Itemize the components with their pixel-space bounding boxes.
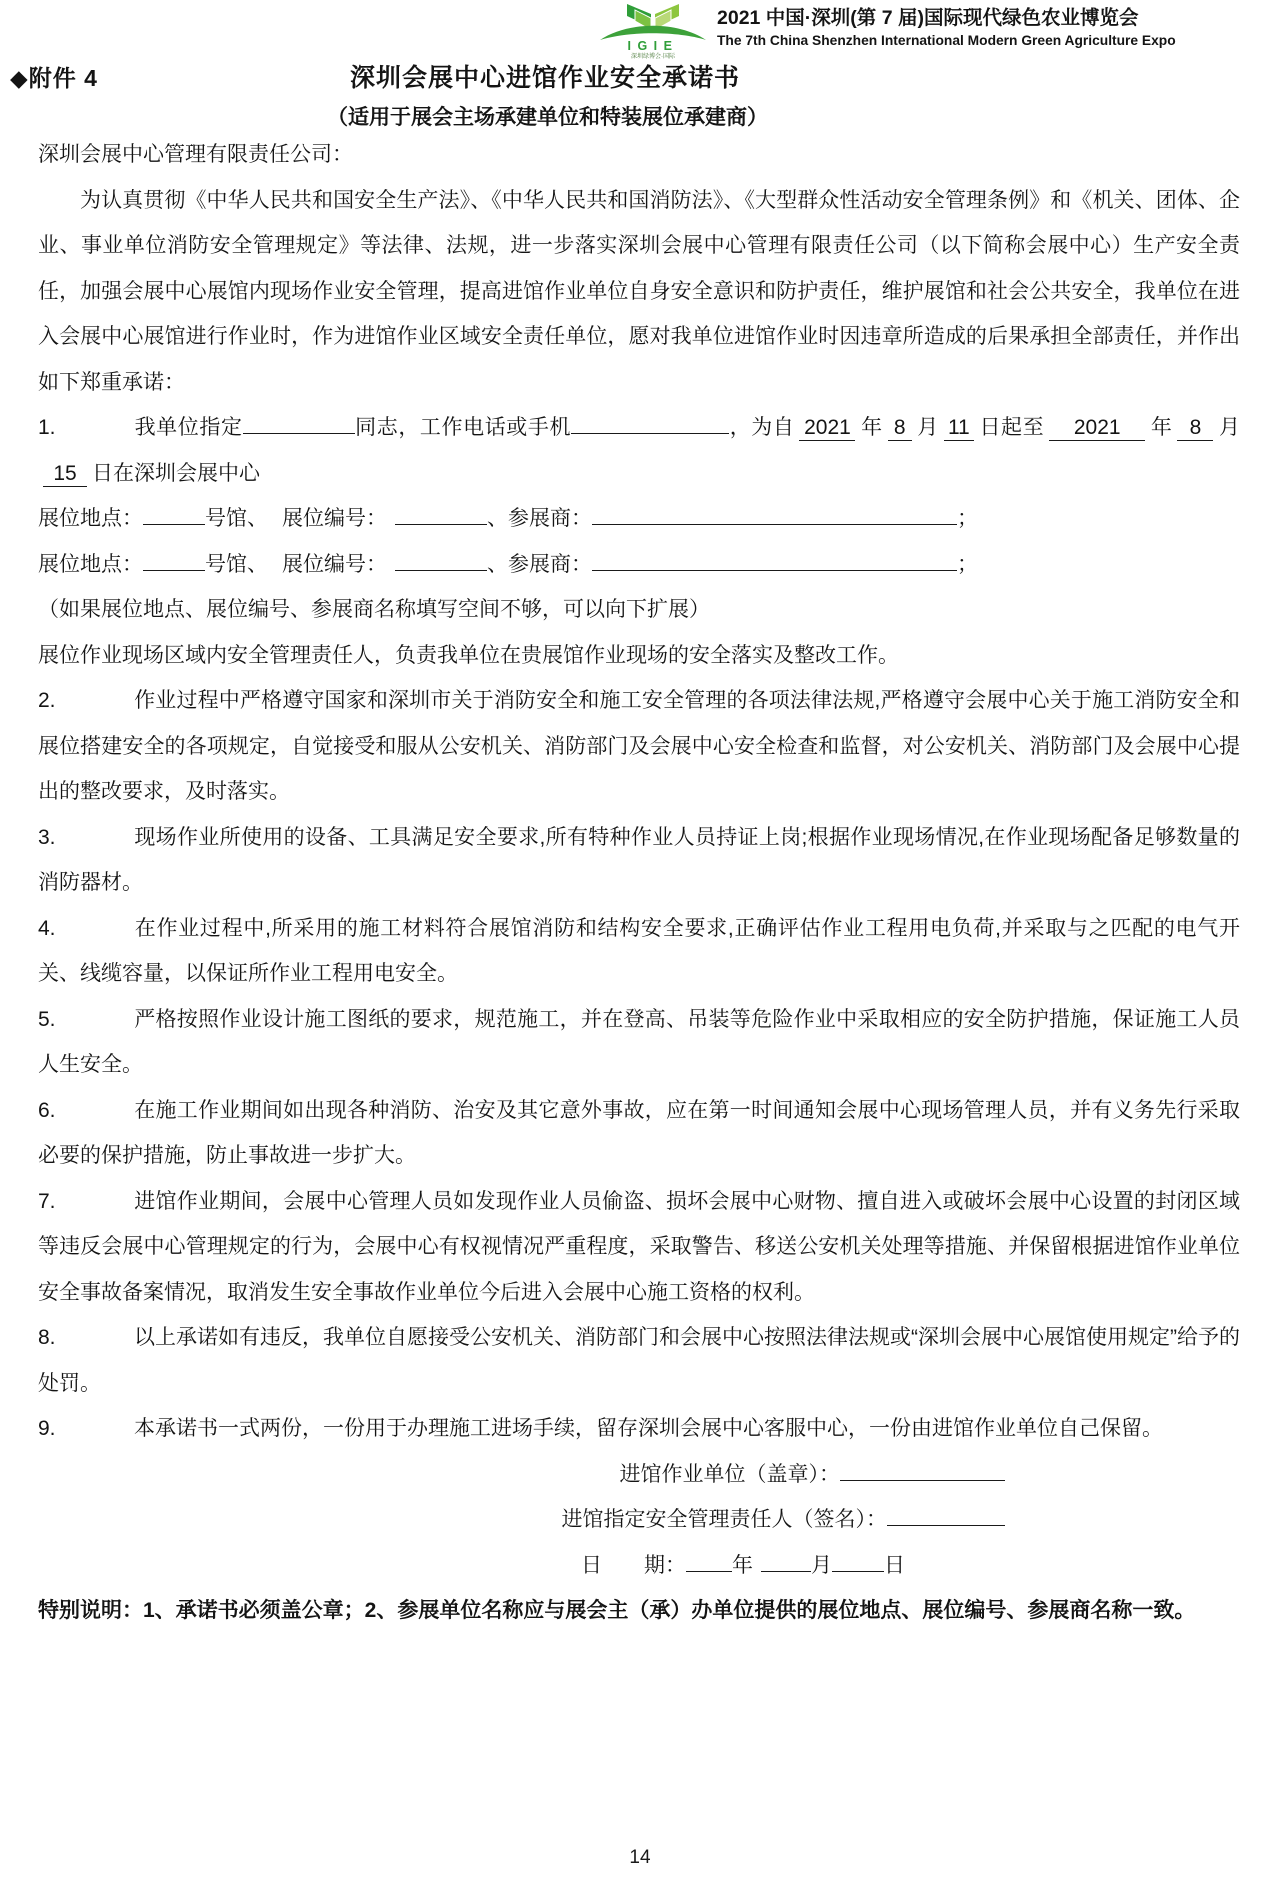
- booth-number-blank: [395, 566, 487, 571]
- until-label: 日起至: [979, 416, 1044, 439]
- item-number: 8.: [38, 1315, 134, 1361]
- exhibitor-name-blank: [592, 566, 957, 571]
- date-year-blank: [686, 1567, 732, 1572]
- commitment-item-2: 2.作业过程中严格遵守国家和深圳市关于消防安全和施工安全管理的各项法律法规,严格…: [38, 678, 1240, 815]
- hall-suffix: 号馆、: [205, 553, 268, 576]
- signature-date-line: 日 期：年月日: [38, 1543, 1240, 1589]
- document-page: IGIE 深圳绿博会·国际 2021 中国·深圳(第 7 届)国际现代绿色农业博…: [0, 0, 1280, 1901]
- booth-no-label: 展位编号：: [282, 507, 387, 530]
- hall-number-blank: [143, 520, 205, 525]
- item-text: 以上承诺如有违反，我单位自愿接受公安机关、消防部门和会展中心按照法律法规或“深圳…: [38, 1326, 1240, 1395]
- item-text: 在作业过程中,所采用的施工材料符合展馆消防和结构安全要求,正确评估作业工程用电负…: [38, 917, 1240, 986]
- date-month-suffix: 月: [811, 1554, 832, 1577]
- item1-tail-text: 日在深圳会展中心: [92, 462, 260, 485]
- designated-person-blank: [243, 429, 355, 434]
- commitment-item-3: 3.现场作业所使用的设备、工具满足安全要求,所有特种作业人员持证上岗;根据作业现…: [38, 815, 1240, 906]
- hall-number-blank: [143, 566, 205, 571]
- commitment-item-8: 8.以上承诺如有违反，我单位自愿接受公安机关、消防部门和会展中心按照法律法规或“…: [38, 1315, 1240, 1406]
- unit-seal-blank: [840, 1476, 1005, 1481]
- item1-lead: 我单位指定: [134, 416, 243, 439]
- year-char: 年: [1150, 416, 1172, 439]
- from-year-value: 2021: [799, 416, 855, 441]
- to-year-value: 2021: [1049, 416, 1145, 441]
- month-char: 月: [1218, 416, 1240, 439]
- item1-comrade: 同志，工作电话或手机: [355, 416, 572, 439]
- from-month-value: 8: [888, 416, 912, 441]
- year-char: 年: [860, 416, 882, 439]
- item-number: 5.: [38, 997, 134, 1043]
- expo-title-en: The 7th China Shenzhen International Mod…: [717, 31, 1176, 51]
- item-text: 现场作业所使用的设备、工具满足安全要求,所有特种作业人员持证上岗;根据作业现场情…: [38, 826, 1240, 895]
- signature-manager-label: 进馆指定安全管理责任人（签名）：: [562, 1508, 888, 1531]
- commitment-item-6: 6.在施工作业期间如出现各种消防、治安及其它意外事故，应在第一时间通知会展中心现…: [38, 1088, 1240, 1179]
- date-month-blank: [761, 1567, 811, 1572]
- date-year-suffix: 年: [732, 1554, 753, 1577]
- doc-subtitle: （适用于展会主场承建单位和特装展位承建商）: [0, 101, 1095, 131]
- item1-from-label: ，为自: [729, 416, 794, 439]
- page-header: IGIE 深圳绿博会·国际 2021 中国·深圳(第 7 届)国际现代绿色农业博…: [0, 0, 1280, 132]
- commitment-item-4: 4.在作业过程中,所采用的施工材料符合展馆消防和结构安全要求,正确评估作业工程用…: [38, 906, 1240, 997]
- from-day-value: 11: [944, 416, 974, 441]
- item-text: 进馆作业期间，会展中心管理人员如发现作业人员偷盗、损坏会展中心财物、擅自进入或破…: [38, 1190, 1240, 1304]
- commitment-item-7: 7.进馆作业期间，会展中心管理人员如发现作业人员偷盗、损坏会展中心财物、擅自进入…: [38, 1179, 1240, 1316]
- date-day-blank: [832, 1567, 884, 1572]
- booth-semicolon: ；: [957, 553, 978, 576]
- item-number: 2.: [38, 678, 134, 724]
- item-number: 4.: [38, 906, 134, 952]
- exhibitor-name-blank: [592, 520, 957, 525]
- document-body: 深圳会展中心管理有限责任公司： 为认真贯彻《中华人民共和国安全生产法》、《中华人…: [38, 132, 1240, 1634]
- commitment-item-5: 5.严格按照作业设计施工图纸的要求，规范施工，并在登高、吊装等危险作业中采取相应…: [38, 997, 1240, 1088]
- date-day-suffix: 日: [884, 1554, 905, 1577]
- phone-blank: [571, 429, 729, 434]
- booth-comma: 、: [487, 553, 508, 576]
- item-text: 本承诺书一式两份，一份用于办理施工进场手续，留存深圳会展中心客服中心，一份由进馆…: [134, 1417, 1163, 1440]
- signature-unit-label: 进馆作业单位（盖章）：: [620, 1463, 841, 1486]
- igie-logo-icon: IGIE 深圳绿博会·国际: [598, 3, 708, 59]
- booth-loc-label: 展位地点：: [38, 507, 143, 530]
- expand-note: （如果展位地点、展位编号、参展商名称填写空间不够，可以向下扩展）: [38, 587, 1240, 633]
- exhibitor-label: 参展商：: [508, 507, 592, 530]
- booth-location-line: 展位地点：号馆、展位编号：、参展商：；: [38, 542, 1240, 588]
- logo-acronym: IGIE: [627, 39, 678, 53]
- salutation: 深圳会展中心管理有限责任公司：: [38, 132, 1240, 178]
- booth-no-label: 展位编号：: [282, 553, 387, 576]
- item-number: 1.: [38, 405, 134, 451]
- booth-number-blank: [395, 520, 487, 525]
- to-day-value: 15: [43, 462, 87, 487]
- item-number: 7.: [38, 1179, 134, 1225]
- item-text: 严格按照作业设计施工图纸的要求，规范施工，并在登高、吊装等危险作业中采取相应的安…: [38, 1008, 1240, 1077]
- item-text: 作业过程中严格遵守国家和深圳市关于消防安全和施工安全管理的各项法律法规,严格遵守…: [38, 689, 1240, 803]
- page-number: 14: [0, 1847, 1280, 1869]
- commitment-item-9: 9.本承诺书一式两份，一份用于办理施工进场手续，留存深圳会展中心客服中心，一份由…: [38, 1406, 1240, 1452]
- manager-sign-blank: [887, 1521, 1005, 1526]
- item-number: 9.: [38, 1406, 134, 1452]
- item-number: 6.: [38, 1088, 134, 1134]
- special-note: 特别说明：1、承诺书必须盖公章；2、参展单位名称应与展会主（承）办单位提供的展位…: [38, 1588, 1240, 1634]
- intro-paragraph: 为认真贯彻《中华人民共和国安全生产法》、《中华人民共和国消防法》、《大型群众性活…: [38, 178, 1240, 406]
- month-char: 月: [917, 416, 939, 439]
- item-text: 在施工作业期间如出现各种消防、治安及其它意外事故，应在第一时间通知会展中心现场管…: [38, 1099, 1240, 1168]
- signature-unit-line: 进馆作业单位（盖章）：: [38, 1452, 1240, 1498]
- item-number: 3.: [38, 815, 134, 861]
- booth-location-line: 展位地点：号馆、展位编号：、参展商：；: [38, 496, 1240, 542]
- item1-tail-line: 展位作业现场区域内安全管理责任人，负责我单位在贵展馆作业现场的安全落实及整改工作…: [38, 633, 1240, 679]
- to-month-value: 8: [1177, 416, 1213, 441]
- expo-title-cn: 2021 中国·深圳(第 7 届)国际现代绿色农业博览会: [717, 5, 1176, 31]
- expo-brand: IGIE 深圳绿博会·国际 2021 中国·深圳(第 7 届)国际现代绿色农业博…: [598, 3, 1176, 59]
- exhibitor-label: 参展商：: [508, 553, 592, 576]
- booth-comma: 、: [487, 507, 508, 530]
- commitment-item-1: 1.我单位指定同志，工作电话或手机，为自2021年8月11日起至2021年8月1…: [38, 405, 1240, 496]
- hall-suffix: 号馆、: [205, 507, 268, 530]
- expo-title-block: 2021 中国·深圳(第 7 届)国际现代绿色农业博览会 The 7th Chi…: [717, 3, 1176, 51]
- booth-semicolon: ；: [957, 507, 978, 530]
- date-label: 日 期：: [581, 1554, 686, 1577]
- doc-title: 深圳会展中心进馆作业安全承诺书: [0, 58, 1090, 94]
- booth-loc-label: 展位地点：: [38, 553, 143, 576]
- signature-manager-line: 进馆指定安全管理责任人（签名）：: [38, 1497, 1240, 1543]
